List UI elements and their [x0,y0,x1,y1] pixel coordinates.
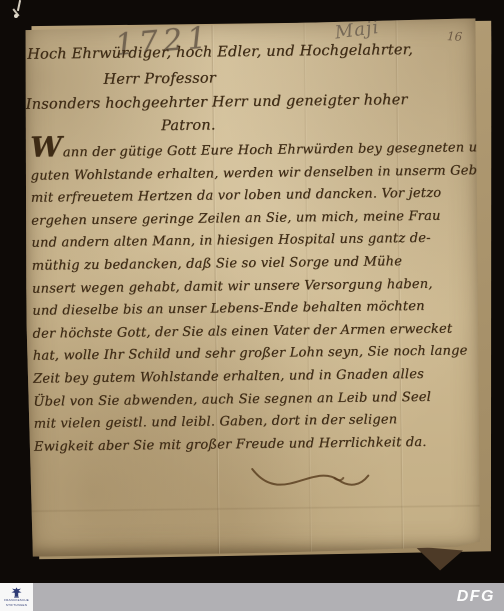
letter-page: 1721 Maji 16 Hoch Ehrwürdiger, hoch Edle… [23,18,483,557]
salutation-line-4: Patron. [161,117,216,134]
ink-flourish [246,456,377,516]
body-line: Ewigkeit aber Sie mit großer Freude und … [34,431,480,459]
scanned-letter-view: 1721 Maji 16 Hoch Ehrwürdiger, hoch Edle… [0,0,504,611]
franckesche-stiftungen-logo: FRANCKESCHE STIFTUNGEN [0,583,33,611]
salutation-line-2: Herr Professor [103,70,216,87]
letter-body: Wann der gütige Gott Eure Hoch Ehrwürden… [30,131,480,459]
dfg-logo: DFG [457,588,495,606]
salutation-line-1: Hoch Ehrwürdiger, hoch Edler, und Hochge… [27,42,413,63]
pencil-month-annotation: Maji [334,17,381,44]
viewer-footer: FRANCKESCHE STIFTUNGEN DFG [0,583,504,611]
institution-name-line2: STIFTUNGEN [6,604,27,607]
folio-number: 16 [447,29,463,44]
thread-strand [17,0,21,11]
salutation-line-3: Insonders hochgeehrter Herr und geneigte… [26,92,408,113]
eagle-emblem-icon [11,587,22,598]
thread-knot [14,14,18,18]
